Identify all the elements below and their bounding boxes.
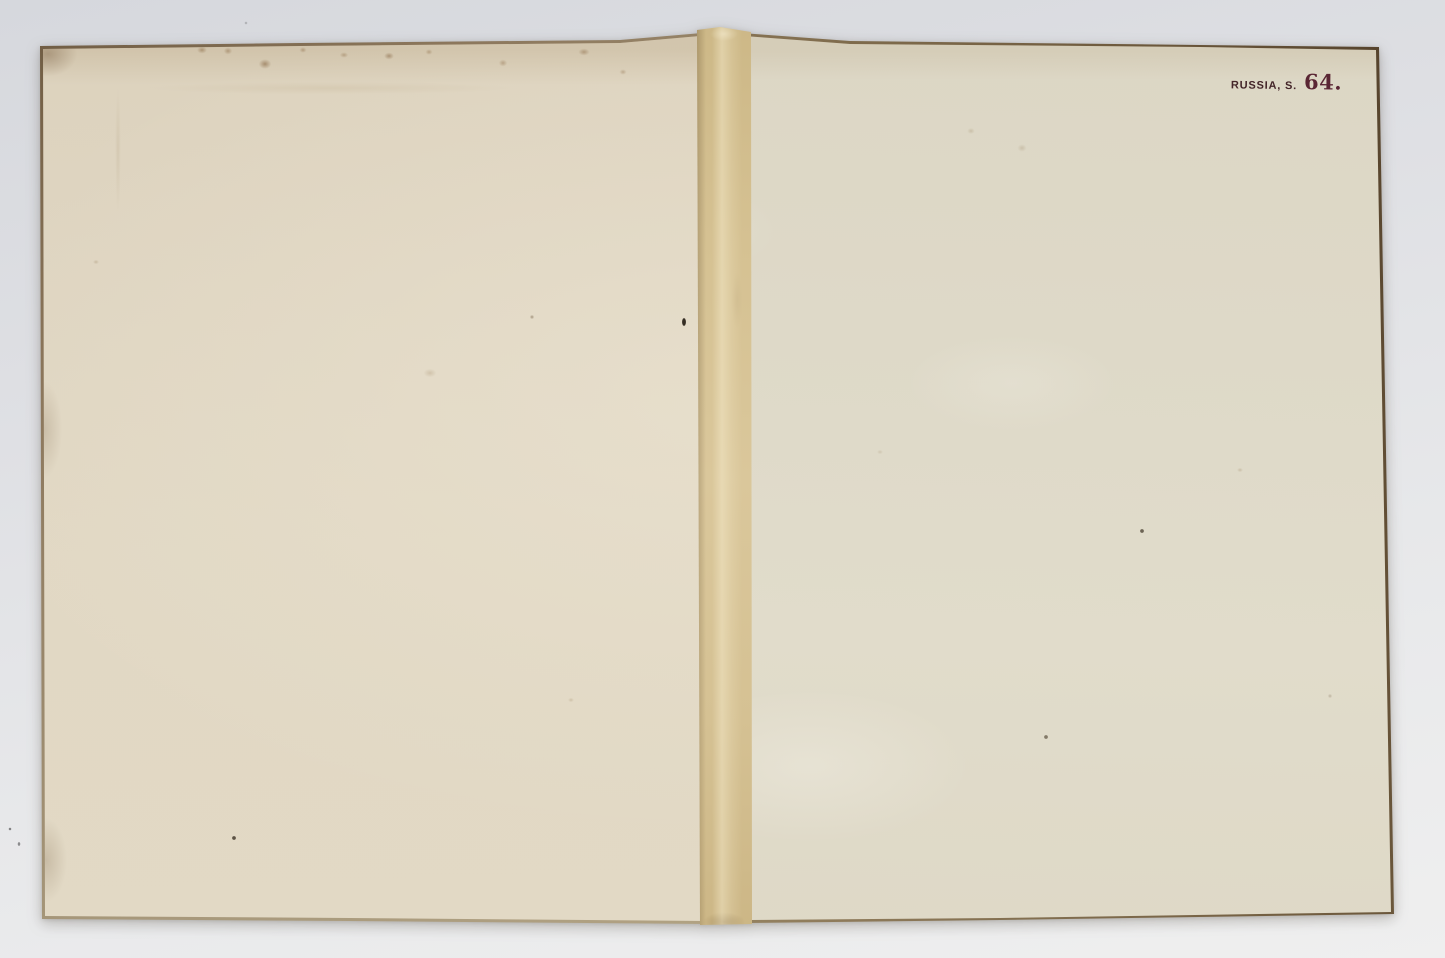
page-number: 64. (1304, 71, 1342, 92)
album-spread: RUSSIA, S. 64. (0, 0, 1445, 958)
photograph-backdrop: RUSSIA, S. 64. (0, 0, 1445, 958)
page-header: RUSSIA, S. 64. (1231, 70, 1342, 92)
page-region-label: RUSSIA, S. (1231, 79, 1297, 92)
